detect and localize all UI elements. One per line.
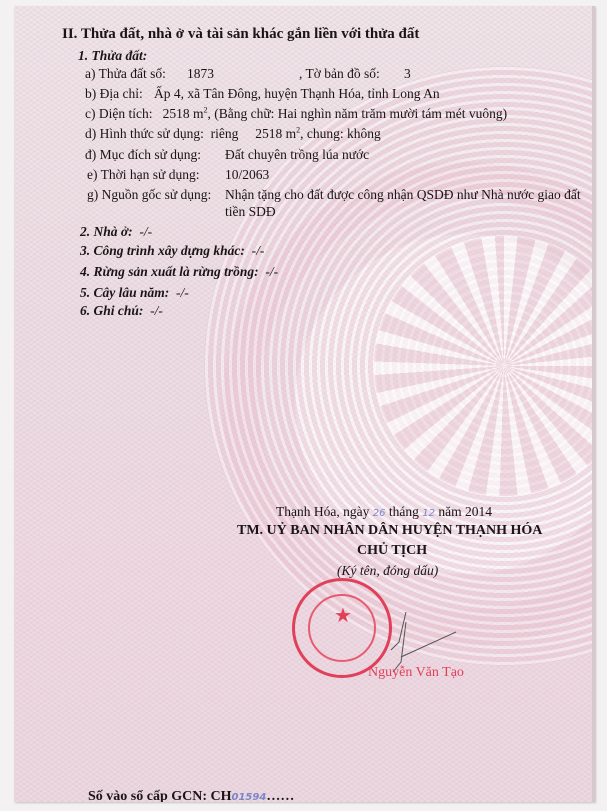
signing-month: 12 xyxy=(422,508,435,519)
map-sheet-value: 3 xyxy=(404,66,411,82)
term-value: 10/2063 xyxy=(225,167,269,183)
month-label: tháng xyxy=(389,504,419,519)
parcel-number-label: a) Thửa đất số: xyxy=(85,66,166,82)
star-icon: ★ xyxy=(334,606,352,626)
signing-place: Thạnh Hóa, ngày xyxy=(276,504,369,519)
signing-year: năm 2014 xyxy=(438,504,492,519)
item-planted-forest: 4. Rừng sản xuất là rừng trồng: -/- xyxy=(80,264,278,280)
area-row: c) Diện tích: 2518 m2, (Bằng chữ: Hai ng… xyxy=(85,106,507,122)
item-notes-label: 6. Ghi chú: xyxy=(80,303,143,318)
signing-date: Thạnh Hóa, ngày 26 tháng 12 năm 2014 xyxy=(276,504,492,522)
item-planted-forest-label: 4. Rừng sản xuất là rừng trồng: xyxy=(80,264,259,279)
item-notes: 6. Ghi chú: -/- xyxy=(80,303,163,319)
item-other-construction-value: -/- xyxy=(252,243,265,258)
registry-handwritten-number: 01594 xyxy=(232,792,267,802)
item-house: 2. Nhà ở: -/- xyxy=(80,224,152,240)
signer-name: Nguyễn Văn Tạo xyxy=(368,665,464,681)
address-value: Ấp 4, xã Tân Đông, huyện Thạnh Hóa, tỉnh… xyxy=(154,86,440,102)
usage-form-label: d) Hình thức sử dụng: xyxy=(85,126,204,141)
signer-title: CHỦ TỊCH xyxy=(357,543,427,559)
area-in-words: , (Bằng chữ: Hai nghìn năm trăm mười tám… xyxy=(208,106,508,121)
item-perennial-trees-value: -/- xyxy=(176,285,189,300)
parcel-number-value: 1873 xyxy=(187,66,214,82)
purpose-label: đ) Mục đích sử dụng: xyxy=(85,147,201,163)
sign-seal-note: (Ký tên, đóng dấu) xyxy=(337,563,438,579)
item-other-construction: 3. Công trình xây dựng khác: -/- xyxy=(80,243,264,259)
signing-day: 26 xyxy=(373,508,386,519)
item-perennial-trees: 5. Cây lâu năm: -/- xyxy=(80,285,189,301)
issuing-authority: TM. UỶ BAN NHÂN DÂN HUYỆN THẠNH HÓA xyxy=(237,523,542,539)
area-value: 2518 m xyxy=(163,106,204,121)
land-heading: 1. Thửa đất: xyxy=(78,48,147,64)
item-other-construction-label: 3. Công trình xây dựng khác: xyxy=(80,243,245,258)
item-notes-value: -/- xyxy=(150,303,163,318)
area-label: c) Diện tích: xyxy=(85,106,152,121)
registry-label: Số vào sổ cấp GCN: CH xyxy=(88,789,232,802)
address-label: b) Địa chỉ: xyxy=(85,86,143,102)
certificate-page: II. Thửa đất, nhà ở và tài sản khác gắn … xyxy=(14,6,595,802)
term-label: e) Thời hạn sử dụng: xyxy=(87,167,199,183)
usage-form-row: d) Hình thức sử dụng: riêng 2518 m2, chu… xyxy=(85,126,381,142)
usage-private-value: 2518 m xyxy=(255,126,296,141)
map-sheet-label: , Tờ bản đồ số: xyxy=(299,66,380,82)
item-perennial-trees-label: 5. Cây lâu năm: xyxy=(80,285,169,300)
item-planted-forest-value: -/- xyxy=(265,264,278,279)
usage-private-label: riêng xyxy=(211,126,239,141)
origin-value-line1: Nhận tặng cho đất được công nhận QSDĐ nh… xyxy=(225,187,581,203)
registry-dots: …… xyxy=(266,789,294,802)
purpose-value: Đất chuyên trồng lúa nước xyxy=(225,147,369,163)
registry-number: Số vào sổ cấp GCN: CH01594…… xyxy=(88,789,294,802)
origin-value-line2: tiền SDĐ xyxy=(225,204,276,220)
item-house-value: -/- xyxy=(139,224,152,239)
section-title: II. Thửa đất, nhà ở và tài sản khác gắn … xyxy=(62,26,419,42)
item-house-label: 2. Nhà ở: xyxy=(80,224,133,239)
usage-shared: , chung: không xyxy=(300,126,381,141)
origin-label: g) Nguồn gốc sử dụng: xyxy=(87,187,211,203)
